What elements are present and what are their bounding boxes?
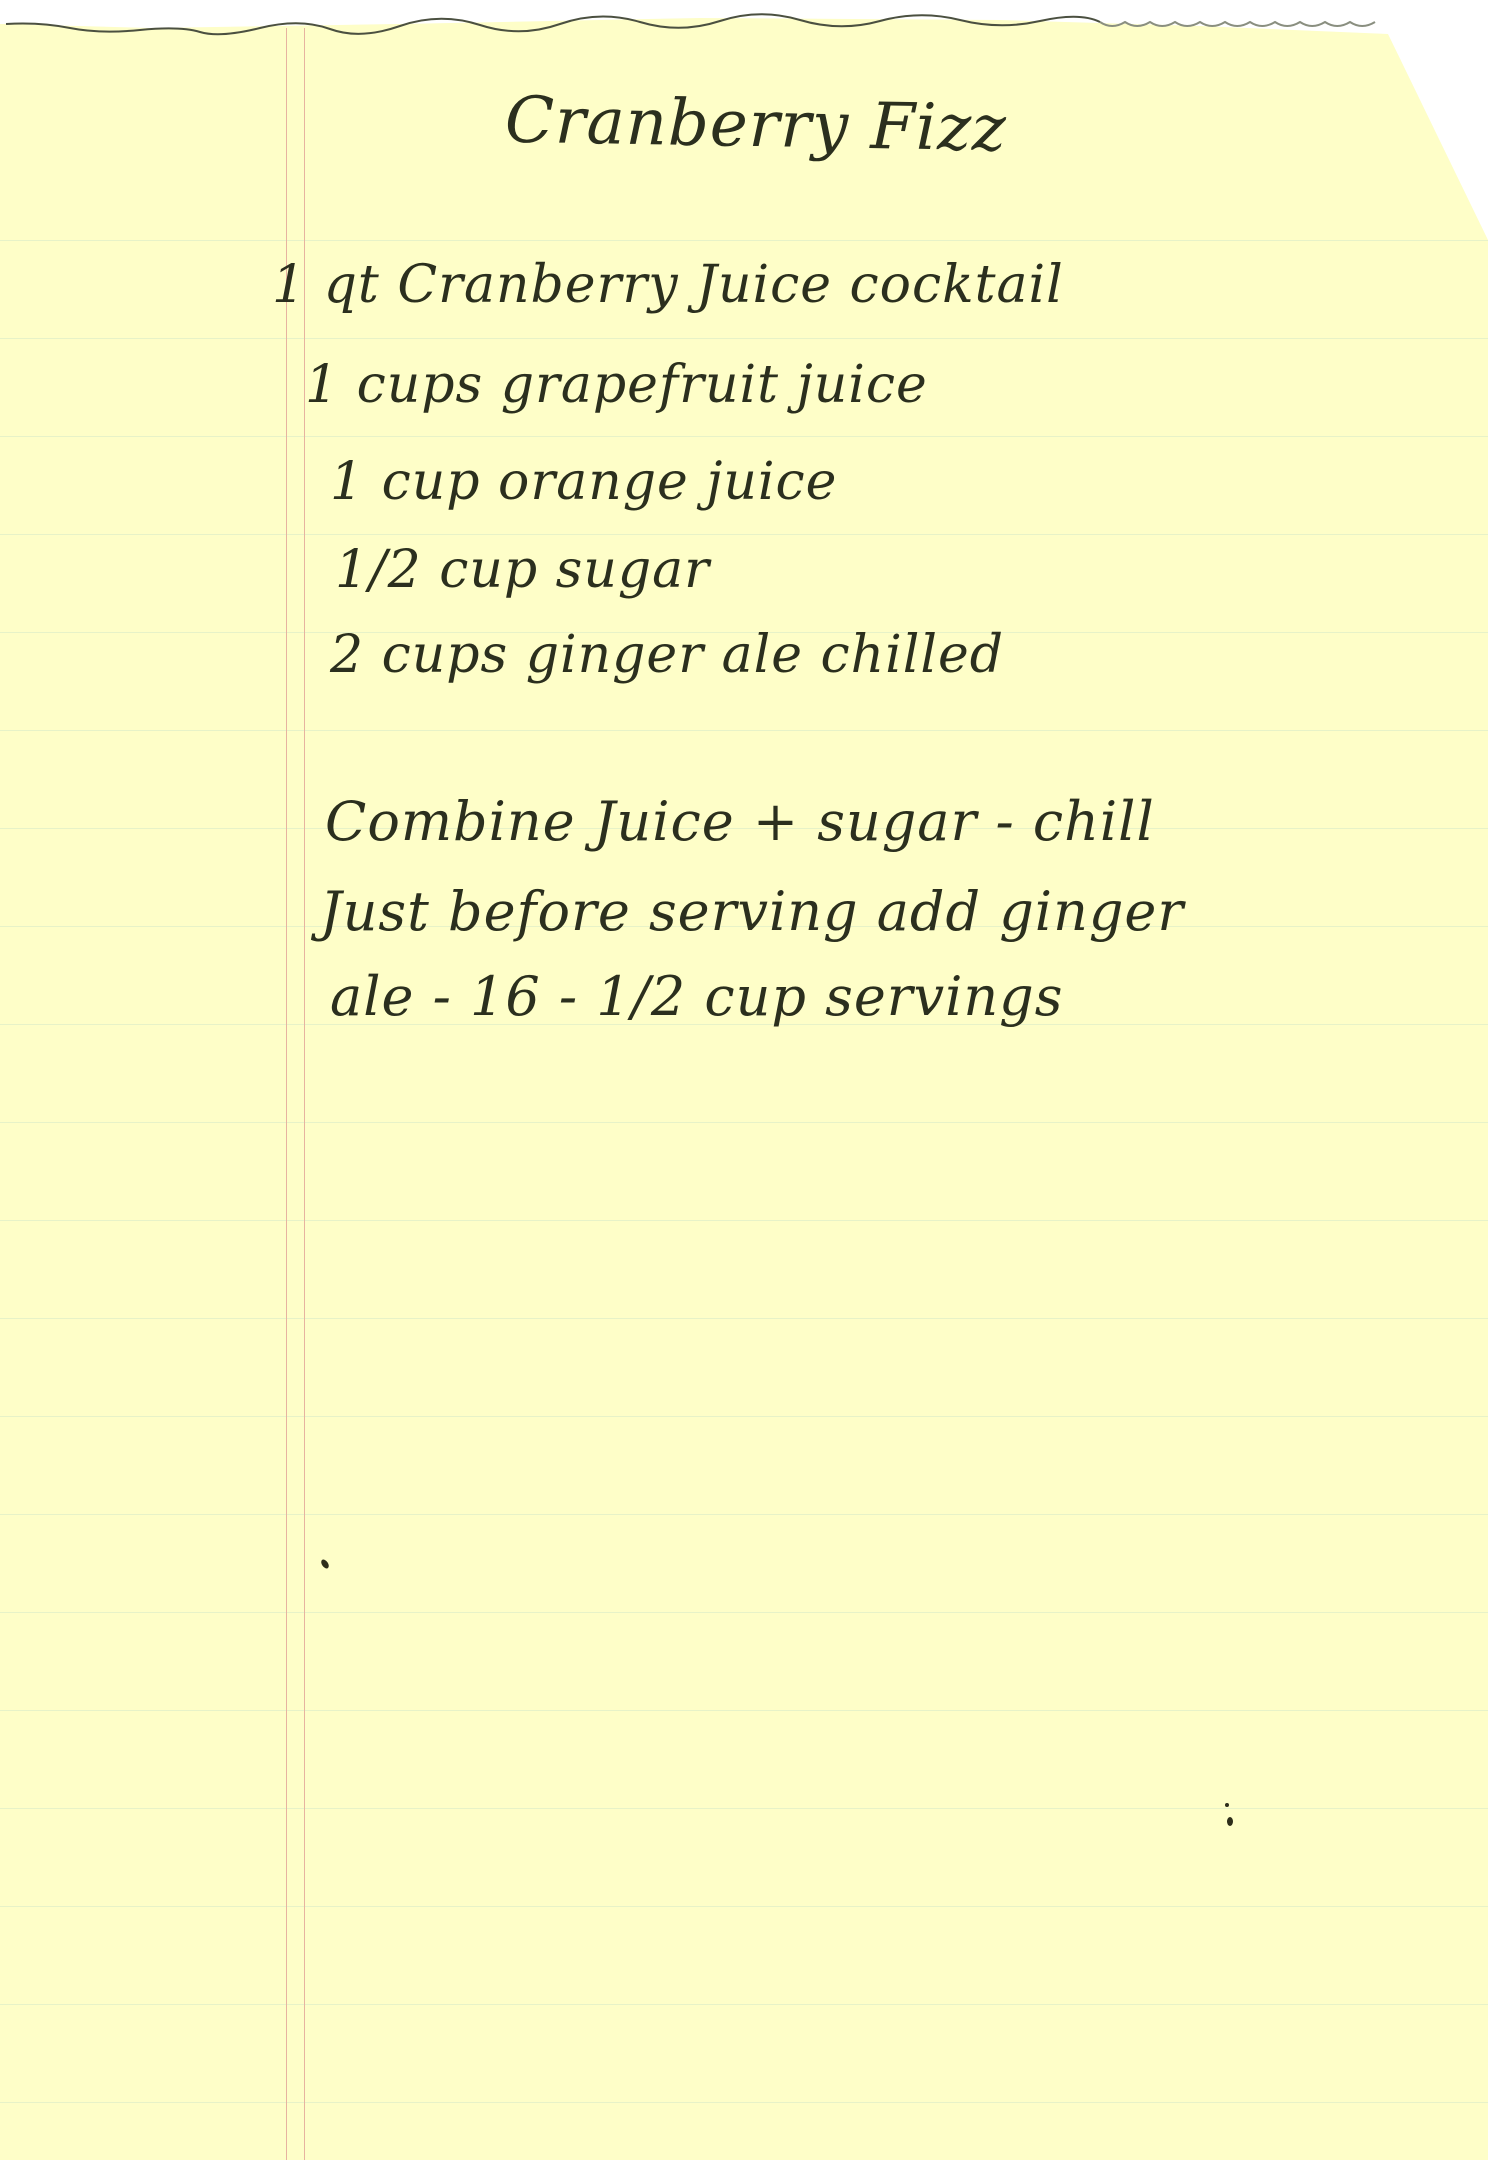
ruled-line [0, 1514, 1488, 1515]
direction-line: Just before serving add ginger [320, 880, 1184, 943]
ruled-line [0, 1808, 1488, 1809]
direction-line: Combine Juice + sugar - chill [325, 790, 1155, 853]
ink-speck [1227, 1817, 1233, 1826]
ruled-line [0, 1416, 1488, 1417]
ruled-line [0, 240, 1488, 241]
ruled-line [0, 1710, 1488, 1711]
ruled-line [0, 730, 1488, 731]
ink-speck [1225, 1803, 1229, 1807]
ruled-line [0, 1612, 1488, 1613]
ruled-line [0, 1220, 1488, 1221]
ruled-line [0, 534, 1488, 535]
margin-line-right [304, 28, 305, 2160]
ink-speck [320, 1558, 331, 1570]
ruled-line [0, 1318, 1488, 1319]
torn-top-edge [0, 0, 1488, 60]
ingredient-item: 1 qt Cranberry Juice cocktail [272, 255, 1064, 315]
recipe-title: Cranberry Fizz [504, 84, 1007, 167]
ingredient-item: 2 cups ginger ale chilled [330, 625, 1004, 685]
legal-pad-page: Cranberry Fizz 1 qt Cranberry Juice cock… [0, 0, 1488, 2160]
ruled-line [0, 1122, 1488, 1123]
direction-line: ale - 16 - 1/2 cup servings [330, 965, 1063, 1028]
ruled-line [0, 436, 1488, 437]
margin-line-left [286, 28, 287, 2160]
ruled-line [0, 2004, 1488, 2005]
ruled-line [0, 2102, 1488, 2103]
ingredient-item: 1 cup orange juice [330, 452, 837, 512]
ruled-line [0, 1906, 1488, 1907]
ruled-line [0, 338, 1488, 339]
ingredient-item: 1/2 cup sugar [335, 540, 710, 600]
ingredient-item: 1 cups grapefruit juice [305, 355, 928, 415]
